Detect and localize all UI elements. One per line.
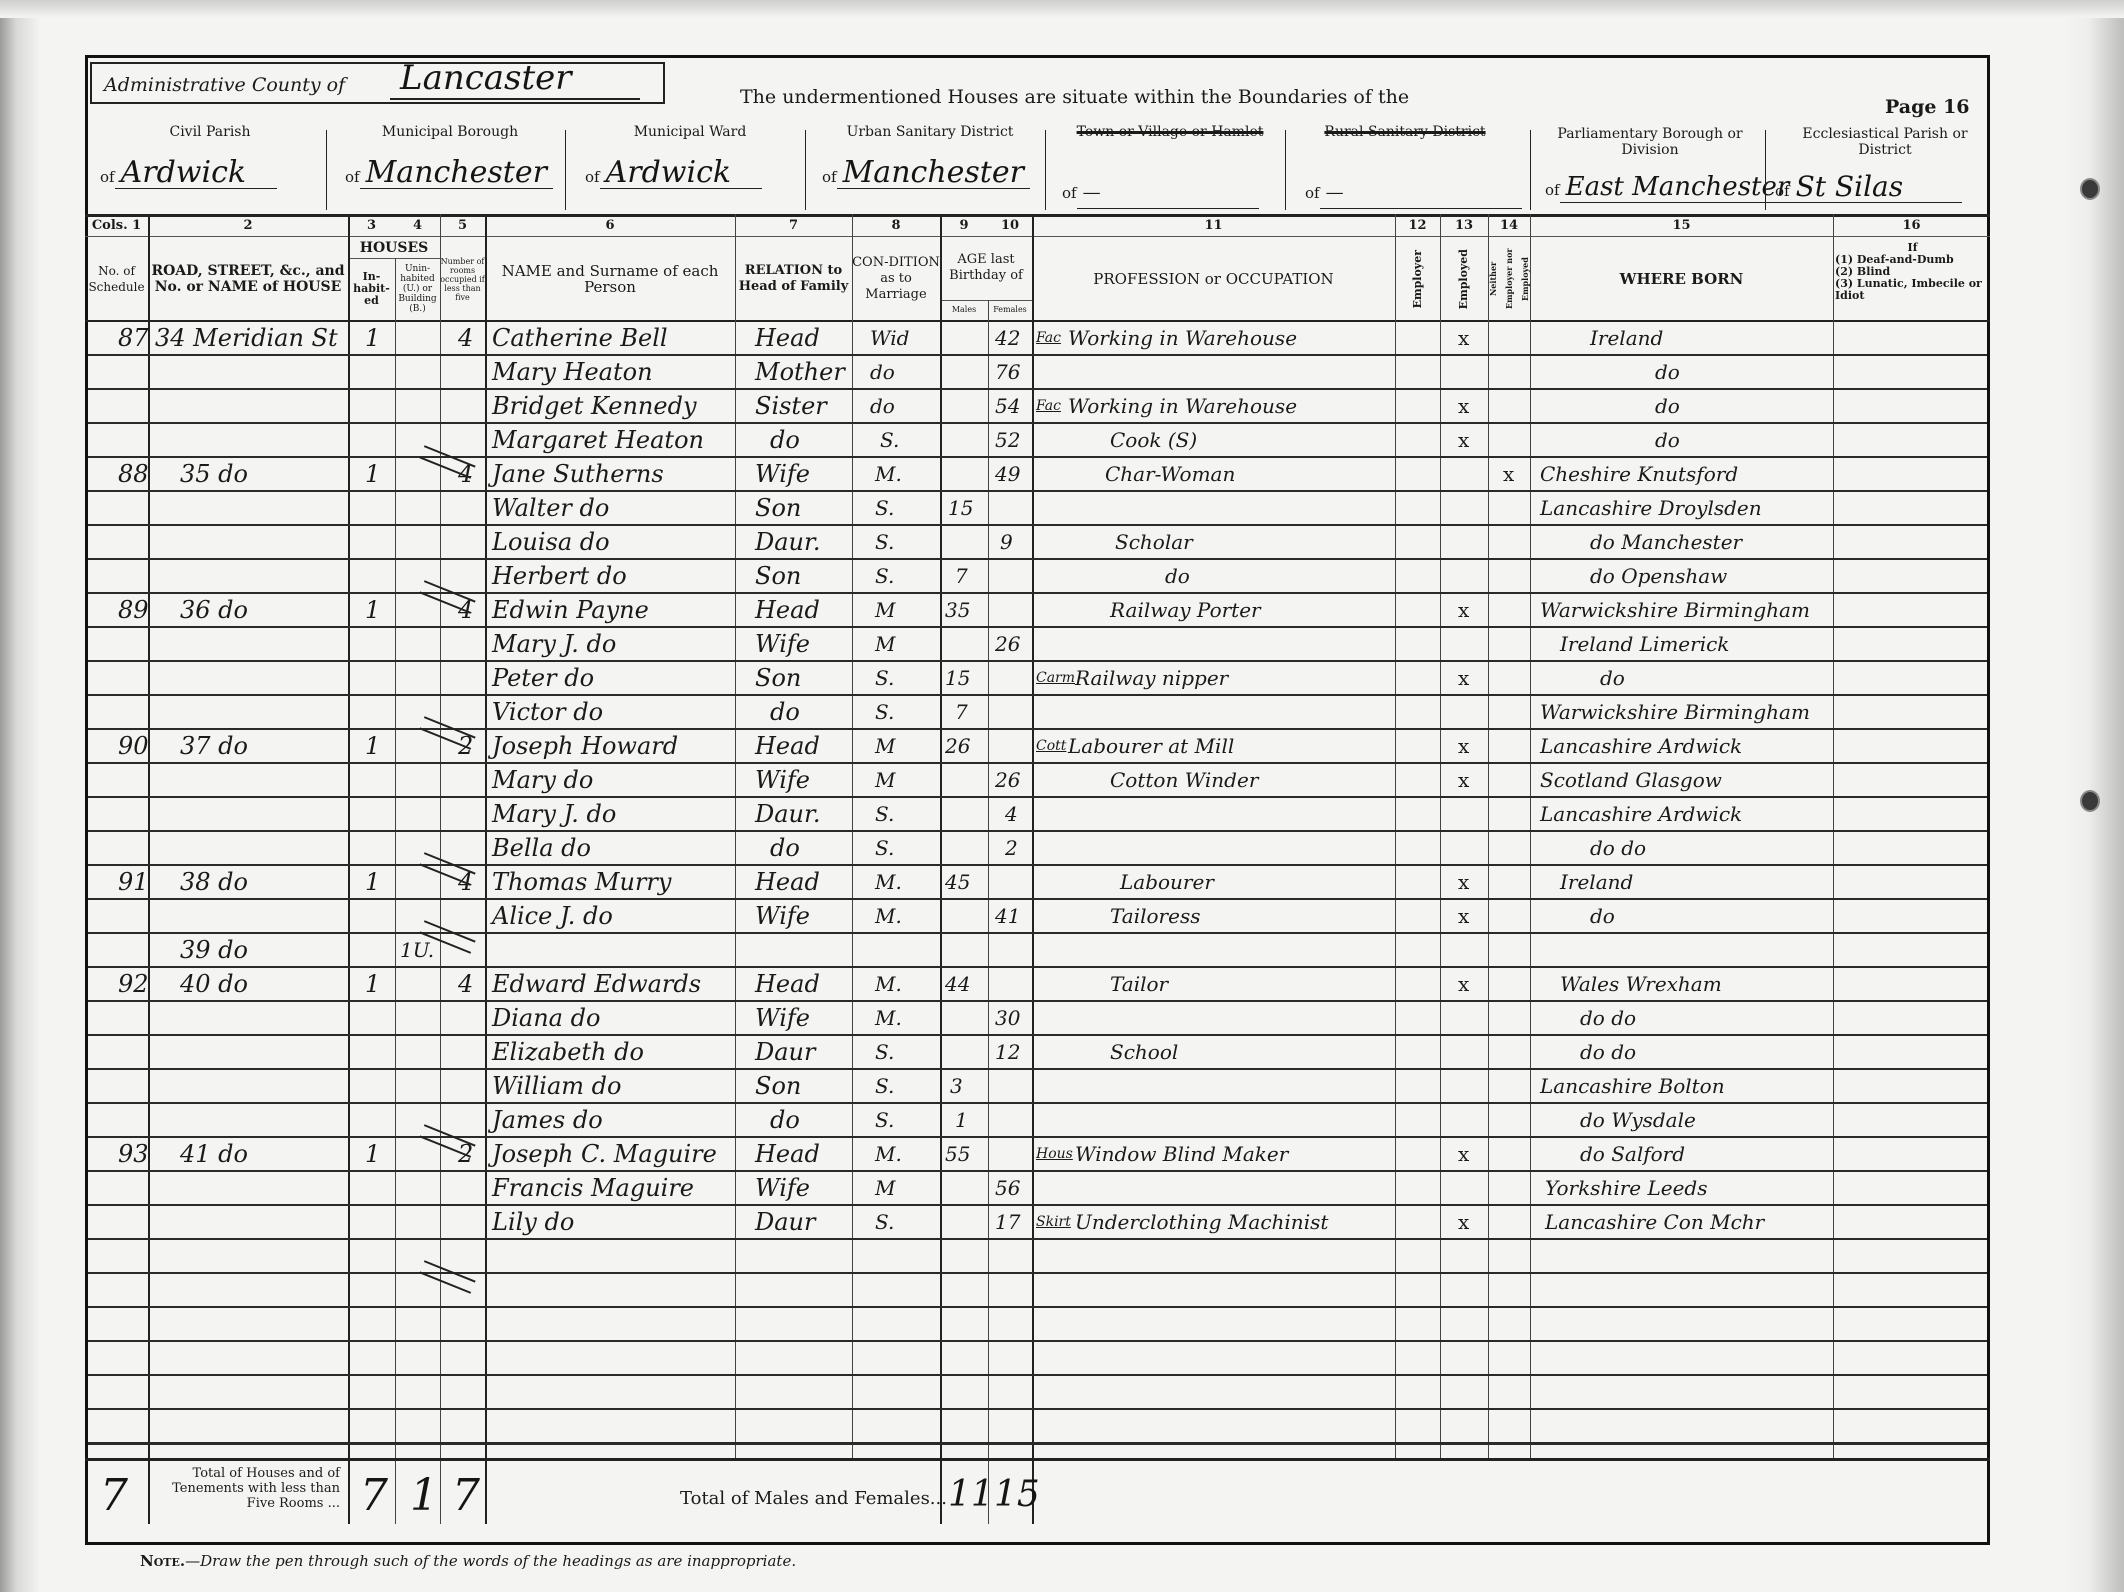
divider — [1045, 130, 1046, 210]
col-age-females-header: Females — [988, 302, 1032, 318]
rural-sanitary-label-struck: Rural Sanitary District — [1305, 124, 1505, 140]
punch-hole-icon — [2080, 790, 2100, 812]
houses-totals-label: Total of Houses and of Tenements with le… — [150, 1466, 340, 1511]
colnum-14: 14 — [1488, 218, 1530, 233]
table-row: Mary do Wife M 26 Cotton Winder x Scotla… — [0, 764, 2000, 798]
table-row: Walter do Son S. 15 Lancashire Droylsden — [0, 492, 2000, 526]
civil-parish-label: Civil Parish — [120, 124, 300, 140]
table-row: Herbert do Son S. 7 do do Openshaw — [0, 560, 2000, 594]
header-rule — [85, 214, 1990, 217]
municipal-ward-value: Ardwick — [600, 158, 762, 189]
table-row: Alice J. do Wife M. 41 Tailoress x do — [0, 900, 2000, 934]
col-occupation-header: PROFESSION or OCCUPATION — [1032, 240, 1395, 318]
county-value: Lancaster — [390, 58, 640, 100]
colnum-7: 7 — [735, 218, 852, 233]
divider — [1765, 130, 1766, 210]
colnum-4: 4 — [395, 218, 440, 233]
divider — [565, 130, 566, 210]
table-row: 93 41 do 1 2 Joseph C. Maguire Head M. 5… — [0, 1138, 2000, 1172]
colnum-3: 3 — [348, 218, 395, 233]
civil-parish-value: Ardwick — [115, 158, 277, 189]
col-relation-header: RELATION to Head of Family — [735, 240, 852, 318]
parliamentary-borough-label: Parliamentary Borough or Division — [1540, 126, 1760, 158]
table-row: Mary J. do Daur. S. 4 Lancashire Ardwick — [0, 798, 2000, 832]
col-employed-header: Employed — [1440, 240, 1488, 318]
town-village-value: — — [1077, 178, 1259, 209]
punch-hole-icon — [2080, 178, 2100, 200]
colnum-16: 16 — [1833, 218, 1990, 233]
total-tenements: 7 — [452, 1470, 480, 1521]
totals-rule — [85, 1458, 1990, 1461]
ecclesiastical-parish-label: Ecclesiastical Parish or District — [1790, 126, 1980, 158]
table-row: Elizabeth do Daur S. 12 School do do — [0, 1036, 2000, 1070]
town-village-label-struck: Town or Village or Hamlet — [1060, 124, 1280, 140]
colnum-2: 2 — [148, 218, 348, 233]
scan-edge-top — [0, 0, 2124, 18]
col-address-header: ROAD, STREET, &c., and No. or NAME of HO… — [150, 240, 346, 318]
footer-note: Note.—Draw the pen through such of the w… — [140, 1552, 796, 1570]
divider — [1285, 130, 1286, 210]
rural-sanitary-field: of— — [1305, 178, 1522, 209]
table-row: William do Son S. 3 Lancashire Bolton — [0, 1070, 2000, 1104]
col-neither-header: Neither Employer nor Employed — [1488, 240, 1530, 318]
civil-parish-field: ofArdwick — [100, 158, 277, 189]
col-name-header: NAME and Surname of each Person — [485, 240, 735, 318]
boundaries-text: The undermentioned Houses are situate wi… — [740, 86, 1409, 108]
table-row: Margaret Heaton do S. 52 Cook (S) x do — [0, 424, 2000, 458]
persons-totals-label: Total of Males and Females... — [680, 1488, 947, 1509]
urban-sanitary-field: ofManchester — [822, 158, 1030, 189]
col-age-males-header: Males — [940, 302, 988, 318]
col-schedule-header: No. of Schedule — [85, 240, 148, 318]
urban-sanitary-value: Manchester — [837, 158, 1030, 189]
municipal-ward-field: ofArdwick — [585, 158, 762, 189]
table-row: Peter do Son S. 15 Carm Railway nipper x… — [0, 662, 2000, 696]
table-row: Mary J. do Wife M 26 Ireland Limerick — [0, 628, 2000, 662]
parliamentary-borough-value: East Manchester — [1560, 172, 1796, 203]
ecclesiastical-parish-value: St Silas — [1790, 172, 1962, 203]
colnum-1: Cols. 1 — [85, 218, 148, 233]
col-where-born-header: WHERE BORN — [1530, 240, 1833, 318]
divider — [326, 130, 327, 210]
urban-sanitary-label: Urban Sanitary District — [830, 124, 1030, 140]
col-rooms-header: Number of rooms occupied if less than fi… — [440, 240, 485, 318]
total-inhabited: 7 — [360, 1470, 388, 1521]
table-row: Louisa do Daur. S. 9 Scholar do Manchest… — [0, 526, 2000, 560]
table-row: Diana do Wife M. 30 do do — [0, 1002, 2000, 1036]
municipal-borough-label: Municipal Borough — [350, 124, 550, 140]
colnum-8: 8 — [852, 218, 940, 233]
table-row: 90 37 do 1 2 Joseph Howard Head M 26 Cot… — [0, 730, 2000, 764]
table-row: 39 do 1U. — [0, 934, 2000, 968]
colnum-13: 13 — [1440, 218, 1488, 233]
ecclesiastical-parish-field: ofSt Silas — [1775, 172, 1962, 203]
table-row: Lily do Daur S. 17 Skirt Underclothing M… — [0, 1206, 2000, 1240]
col-uninhabited-header: Unin-habited (U.) or Building (B.) — [395, 260, 440, 318]
parliamentary-borough-field: ofEast Manchester — [1545, 172, 1795, 203]
table-row: 89 36 do 1 4 Edwin Payne Head M 35 Railw… — [0, 594, 2000, 628]
total-uninhabited: 1 — [410, 1470, 438, 1521]
table-row: 91 38 do 1 4 Thomas Murry Head M. 45 Lab… — [0, 866, 2000, 900]
table-row: James do do S. 1 do Wysdale — [0, 1104, 2000, 1138]
colnum-5: 5 — [440, 218, 485, 233]
total-females: 15 — [994, 1474, 1040, 1515]
table-row: 87 34 Meridian St 1 4 Catherine Bell Hea… — [0, 322, 2000, 356]
total-males: 11 — [948, 1474, 994, 1515]
col-infirmity-header: If (1) Deaf-and-Dumb (2) Blind (3) Lunat… — [1835, 242, 1990, 302]
colnum-12: 12 — [1395, 218, 1440, 233]
total-schedules: 7 — [100, 1470, 128, 1521]
colnum-11: 11 — [1032, 218, 1395, 233]
age-rule — [940, 300, 1032, 301]
col-houses-header: HOUSES — [348, 238, 440, 258]
table-row: Francis Maguire Wife M 56 Yorkshire Leed… — [0, 1172, 2000, 1206]
municipal-borough-value: Manchester — [360, 158, 553, 189]
page-number: Page 16 — [1885, 96, 1970, 118]
table-row: Mary Heaton Mother do 76 do — [0, 356, 2000, 390]
col-age-header: AGE last Birthday of — [940, 240, 1032, 296]
table-row: 88 35 do 1 4 Jane Sutherns Wife M. 49 Ch… — [0, 458, 2000, 492]
divider — [1530, 130, 1531, 210]
col-condition-header: CON-DITION as to Marriage — [852, 240, 940, 318]
col-inhabited-header: In-habit-ed — [348, 260, 395, 318]
table-row: Bridget Kennedy Sister do 54 Fac Working… — [0, 390, 2000, 424]
colnum-10: 10 — [988, 218, 1032, 233]
col-employer-header: Employer — [1395, 240, 1440, 318]
colnum-9: 9 — [940, 218, 988, 233]
municipal-ward-label: Municipal Ward — [600, 124, 780, 140]
table-row: Bella do do S. 2 do do — [0, 832, 2000, 866]
municipal-borough-field: ofManchester — [345, 158, 553, 189]
table-row: 92 40 do 1 4 Edward Edwards Head M. 44 T… — [0, 968, 2000, 1002]
colnum-6: 6 — [485, 218, 735, 233]
colnum-15: 15 — [1530, 218, 1833, 233]
county-label: Administrative County of — [104, 74, 345, 96]
town-village-field: of— — [1062, 178, 1259, 209]
houses-rule — [348, 258, 440, 259]
colnum-rule — [85, 236, 1990, 237]
table-row: Victor do do S. 7 Warwickshire Birmingha… — [0, 696, 2000, 730]
rural-sanitary-value: — — [1320, 178, 1522, 209]
divider — [805, 130, 806, 210]
